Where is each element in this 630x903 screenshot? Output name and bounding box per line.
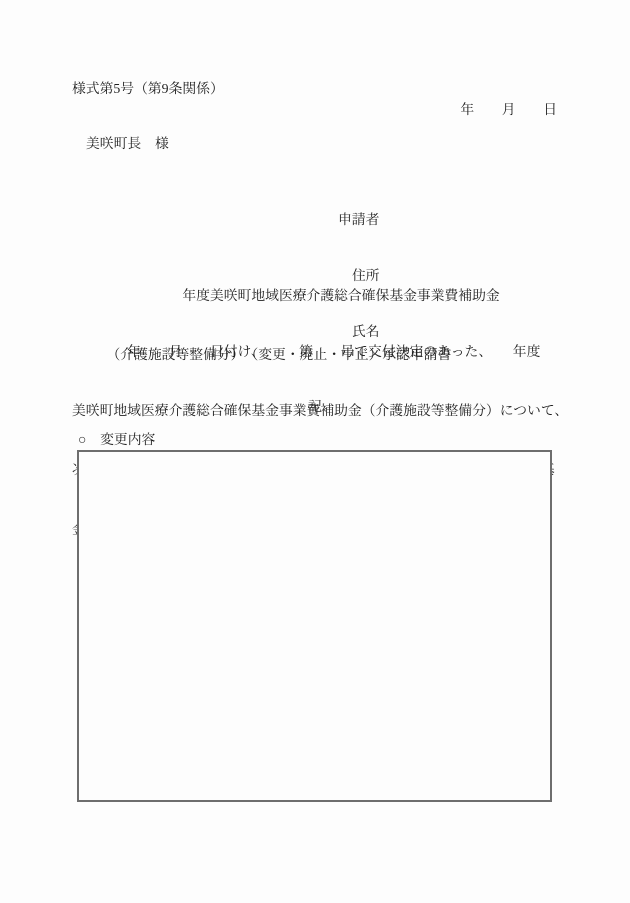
addressee-mayor: 美咲町長 様 xyxy=(86,134,169,154)
change-content-box[interactable] xyxy=(77,450,552,802)
body-line-1: 年 月 日付け、 第 号で交付決定のあった、 年度 xyxy=(72,342,562,362)
form-number: 様式第5号（第9条関係） xyxy=(72,79,224,99)
applicant-label: 申請者 xyxy=(338,211,380,230)
date-blank-line: 年 月 日 xyxy=(460,100,557,120)
ki-heading: 記 xyxy=(0,397,630,417)
form-page: 様式第5号（第9条関係） 年 月 日 美咲町長 様 申請者 住所 氏名 年度美咲… xyxy=(0,0,630,903)
change-content-label: ○ 変更内容 xyxy=(78,430,155,450)
